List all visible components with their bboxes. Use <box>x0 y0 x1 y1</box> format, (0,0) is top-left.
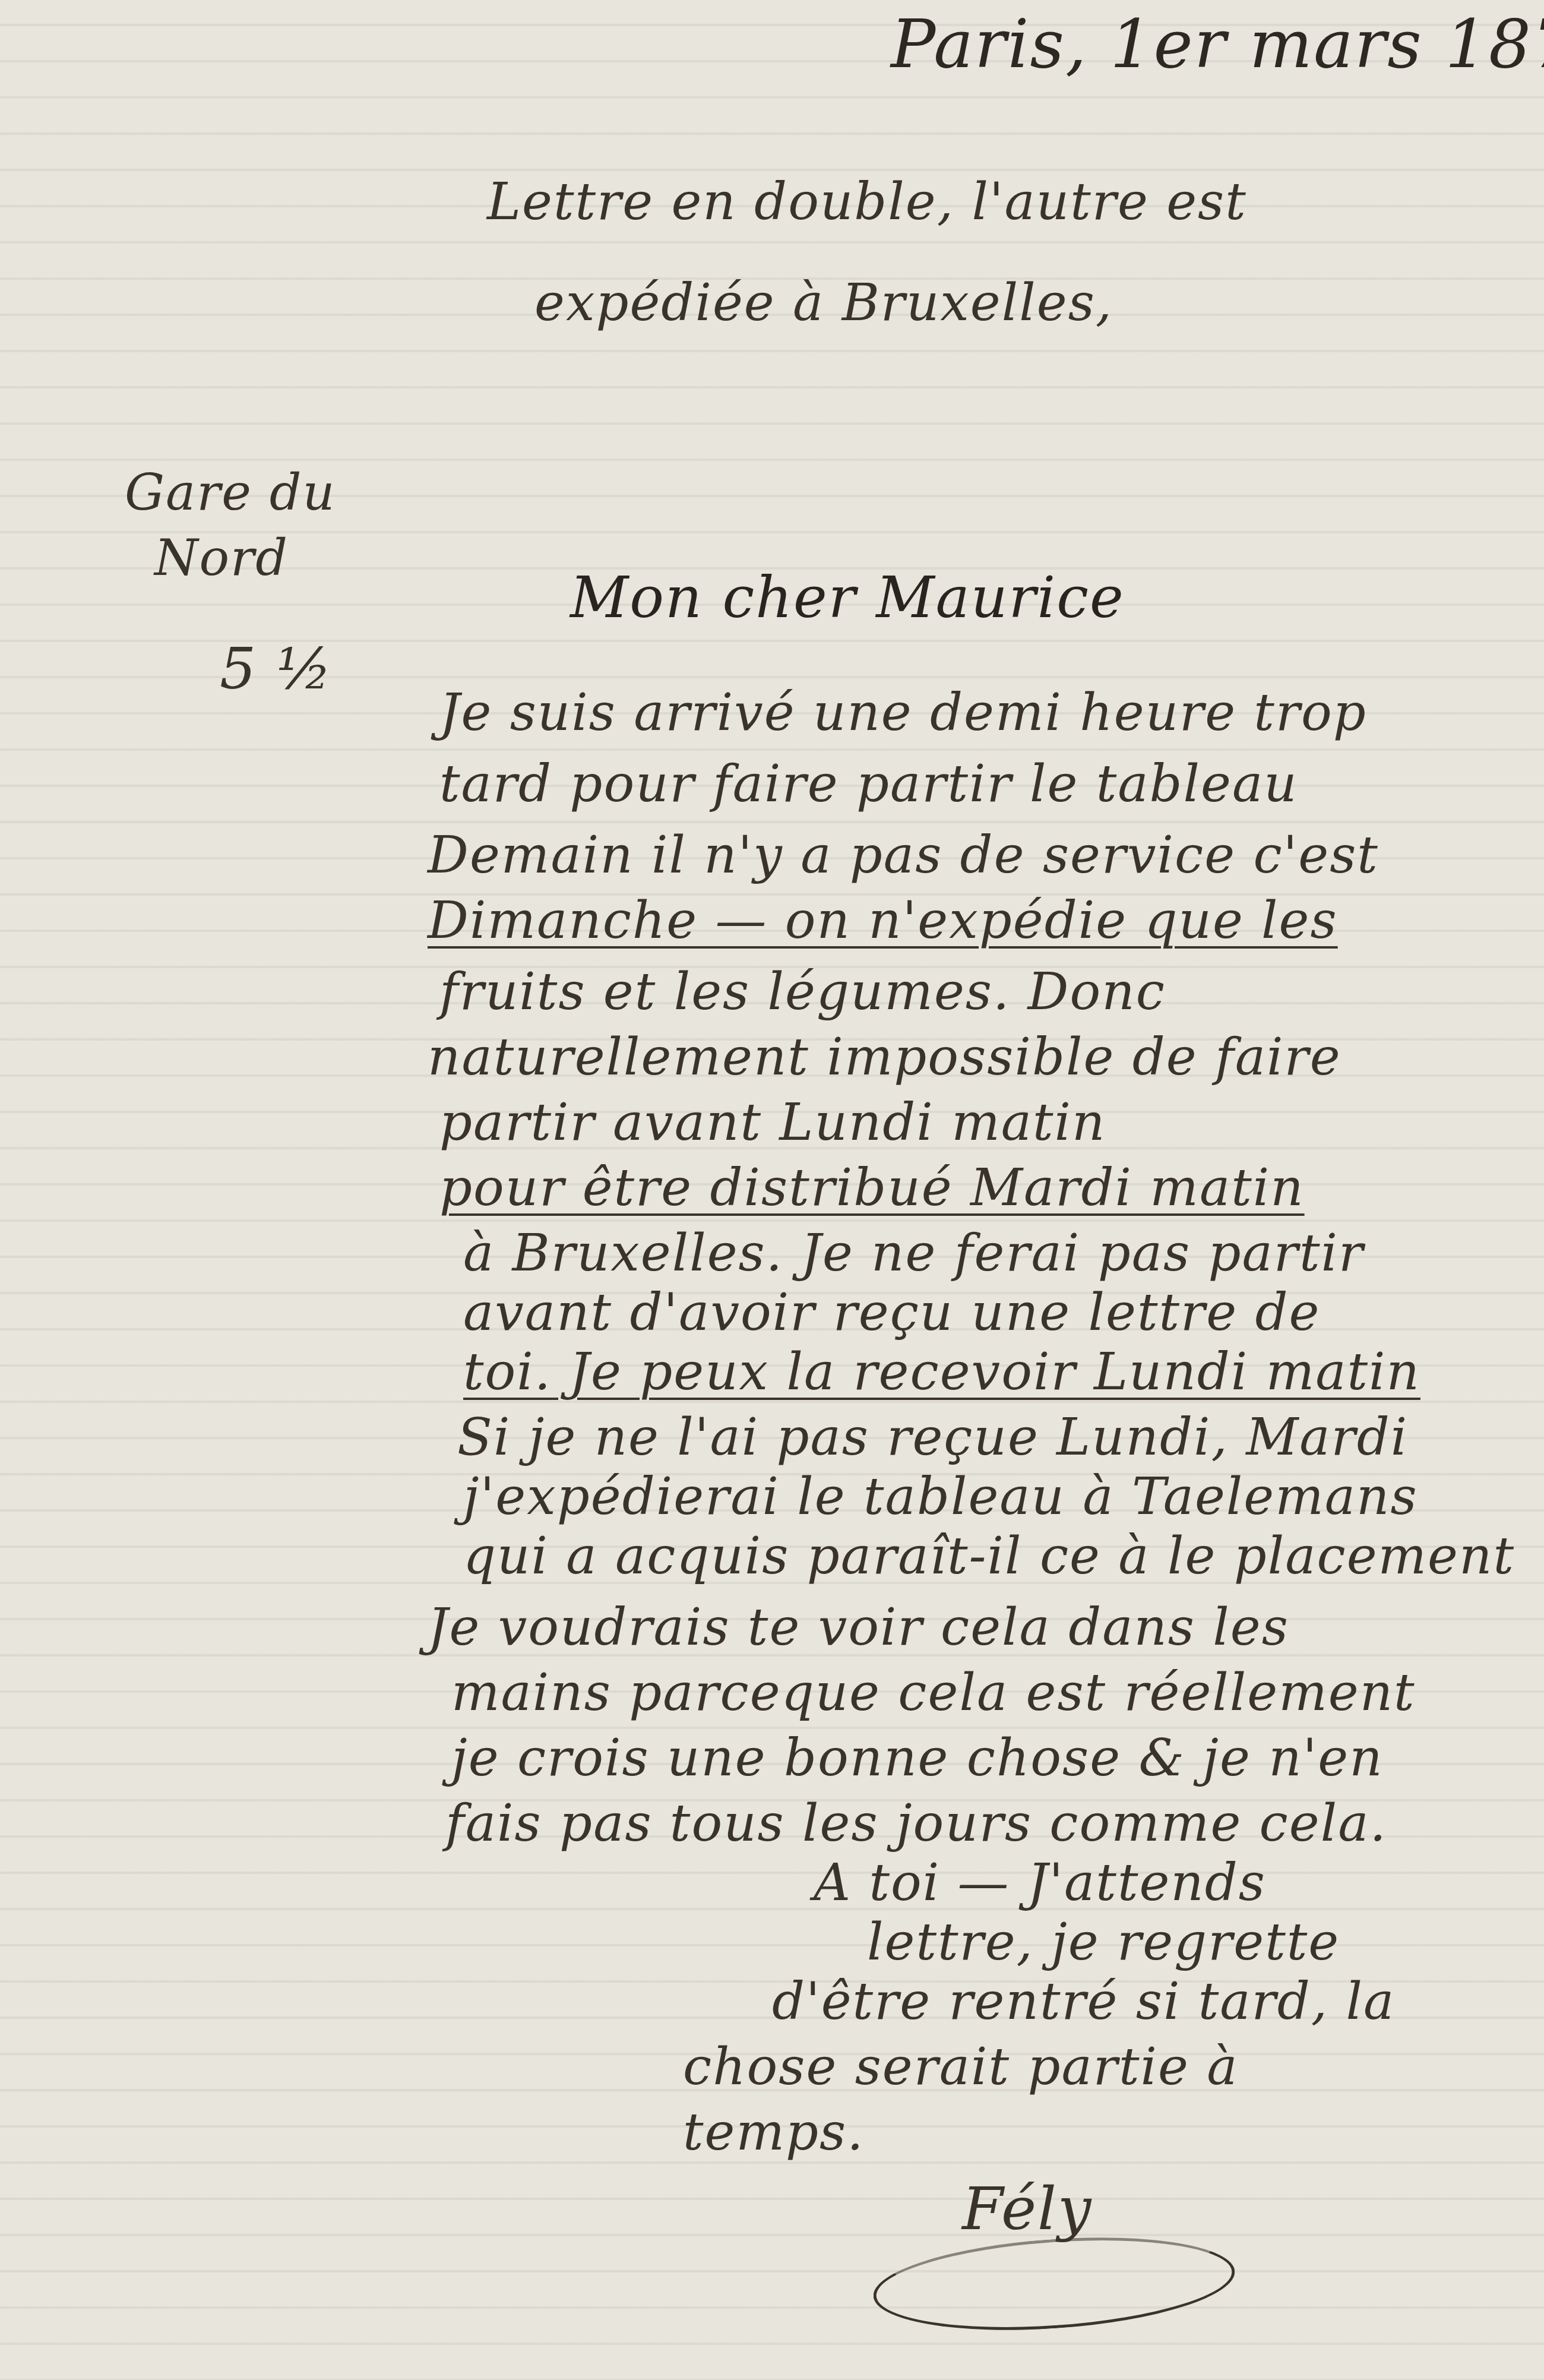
closing-line: lettre, je regrette <box>867 1913 1340 1972</box>
salutation: Mon cher Maurice <box>570 564 1125 631</box>
body-line: mains parceque cela est réellement <box>451 1663 1416 1722</box>
body-line: Si je ne l'ai pas reçue Lundi, Mardi <box>457 1408 1408 1467</box>
body-line-underlined: Dimanche — on n'expédie que les <box>428 891 1338 950</box>
body-line: Je suis arrivé une demi heure trop <box>439 683 1367 742</box>
closing-line: chose serait partie à <box>683 2037 1239 2097</box>
body-line-underlined: pour être distribué Mardi matin <box>439 1158 1305 1218</box>
closing-line: d'être rentré si tard, la <box>772 1972 1395 2031</box>
body-line: Demain il n'y a pas de service c'est <box>428 826 1379 885</box>
note-line-1: Lettre en double, l'autre est <box>487 172 1247 232</box>
note-line-2: expédiée à Bruxelles, <box>534 273 1113 333</box>
signature: Fély <box>962 2174 1093 2243</box>
body-line: naturellement impossible de faire <box>428 1028 1341 1087</box>
margin-note-nord: Nord <box>154 529 289 587</box>
body-line: avant d'avoir reçu une lettre de <box>463 1283 1320 1342</box>
body-line: j'expédierai le tableau à Taelemans <box>463 1467 1418 1526</box>
margin-note-time: 5 ½ <box>220 636 333 702</box>
body-line: fruits et les légumes. Donc <box>439 962 1166 1022</box>
letter-page: Paris, 1er mars 1879 Lettre en double, l… <box>0 0 1544 2380</box>
body-line: fais pas tous les jours comme cela. <box>445 1794 1387 1853</box>
body-line: je crois une bonne chose & je n'en <box>451 1728 1384 1788</box>
closing-line: A toi — J'attends <box>814 1853 1266 1913</box>
body-line: partir avant Lundi matin <box>439 1093 1106 1152</box>
closing-line: temps. <box>683 2103 865 2162</box>
date-line: Paris, 1er mars 1879 <box>891 6 1544 83</box>
body-line: à Bruxelles. Je ne ferai pas partir <box>463 1224 1364 1283</box>
signature-flourish-icon <box>871 2227 1238 2341</box>
margin-note-gare: Gare du <box>125 463 336 521</box>
body-line: tard pour faire partir le tableau <box>439 754 1298 814</box>
body-line: Je voudrais te voir cela dans les <box>428 1598 1289 1657</box>
body-line: qui a acquis paraît-il ce à le placement <box>463 1526 1515 1586</box>
body-line-underlined: toi. Je peux la recevoir Lundi matin <box>463 1342 1420 1402</box>
